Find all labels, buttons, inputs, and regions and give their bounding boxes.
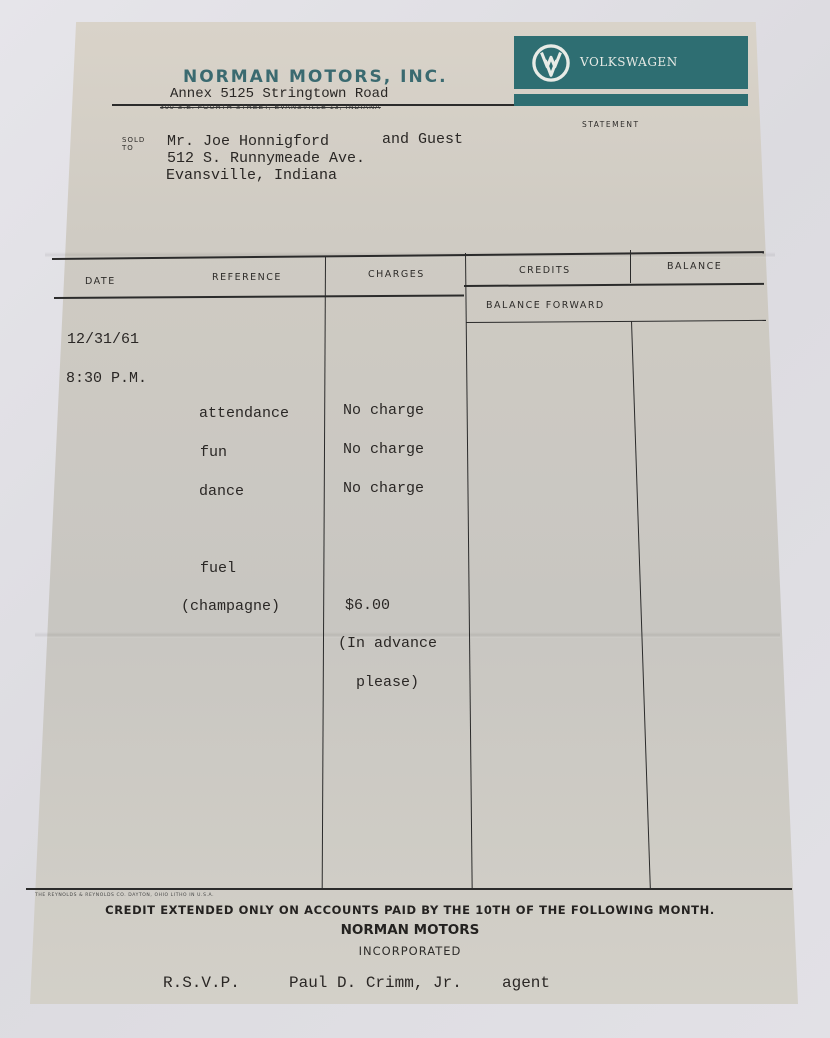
reference-fun: fun [200, 444, 227, 461]
company-name: NORMAN MOTORS, INC. [183, 67, 448, 87]
charge-fun: No charge [343, 441, 424, 458]
document-type: STATEMENT [582, 120, 640, 129]
header-date: DATE [85, 276, 116, 287]
sold-to-label-line2: TO [122, 144, 145, 152]
volkswagen-wordmark: VOLKSWAGEN [580, 55, 678, 69]
volkswagen-banner: VOLKSWAGEN [514, 36, 748, 89]
header-balance: BALANCE [667, 261, 722, 272]
printer-imprint: THE REYNOLDS & REYNOLDS CO. DAYTON, OHIO… [35, 893, 214, 898]
agent-title: agent [502, 974, 550, 992]
sold-to-label-line1: SOLD [122, 136, 145, 144]
table-bottom-rule [26, 888, 792, 890]
balance-forward-label: BALANCE FORWARD [486, 300, 605, 311]
customer-street: 512 S. Runnymeade Ave. [167, 150, 365, 167]
charge-note-line2: please) [356, 674, 419, 691]
column-divider-balance-header [630, 250, 631, 283]
charge-attendance: No charge [343, 402, 424, 419]
rsvp-label: R.S.V.P. [163, 974, 240, 992]
header-charges: CHARGES [368, 269, 425, 280]
struck-old-address: 300 S.E. FOURTH STREET, EVANSVILLE 13, I… [160, 104, 381, 111]
reference-attendance: attendance [199, 405, 289, 422]
customer-name: Mr. Joe Honnigford [167, 133, 329, 150]
entry-date: 12/31/61 [67, 331, 139, 348]
footer-company-name: NORMAN MOTORS [100, 922, 720, 938]
sold-to-label: SOLD TO [122, 136, 145, 152]
charge-dance: No charge [343, 480, 424, 497]
annex-address: Annex 5125 Stringtown Road [170, 86, 388, 102]
volkswagen-stripe [514, 94, 748, 106]
reference-champagne: (champagne) [181, 598, 280, 615]
header-reference: REFERENCE [212, 272, 282, 283]
vw-roundel-icon [532, 44, 570, 82]
charge-note-line1: (In advance [338, 635, 437, 652]
statement-paper [30, 22, 798, 1004]
footer-incorporated: INCORPORATED [100, 944, 720, 958]
credit-terms: CREDIT EXTENDED ONLY ON ACCOUNTS PAID BY… [100, 903, 720, 917]
customer-city-state: Evansville, Indiana [166, 167, 337, 184]
customer-guest: and Guest [382, 131, 463, 148]
entry-time: 8:30 P.M. [66, 370, 147, 387]
agent-name: Paul D. Crimm, Jr. [289, 974, 462, 992]
reference-dance: dance [199, 483, 244, 500]
charge-champagne: $6.00 [345, 597, 390, 614]
header-credits: CREDITS [519, 265, 571, 276]
reference-fuel: fuel [200, 560, 236, 577]
